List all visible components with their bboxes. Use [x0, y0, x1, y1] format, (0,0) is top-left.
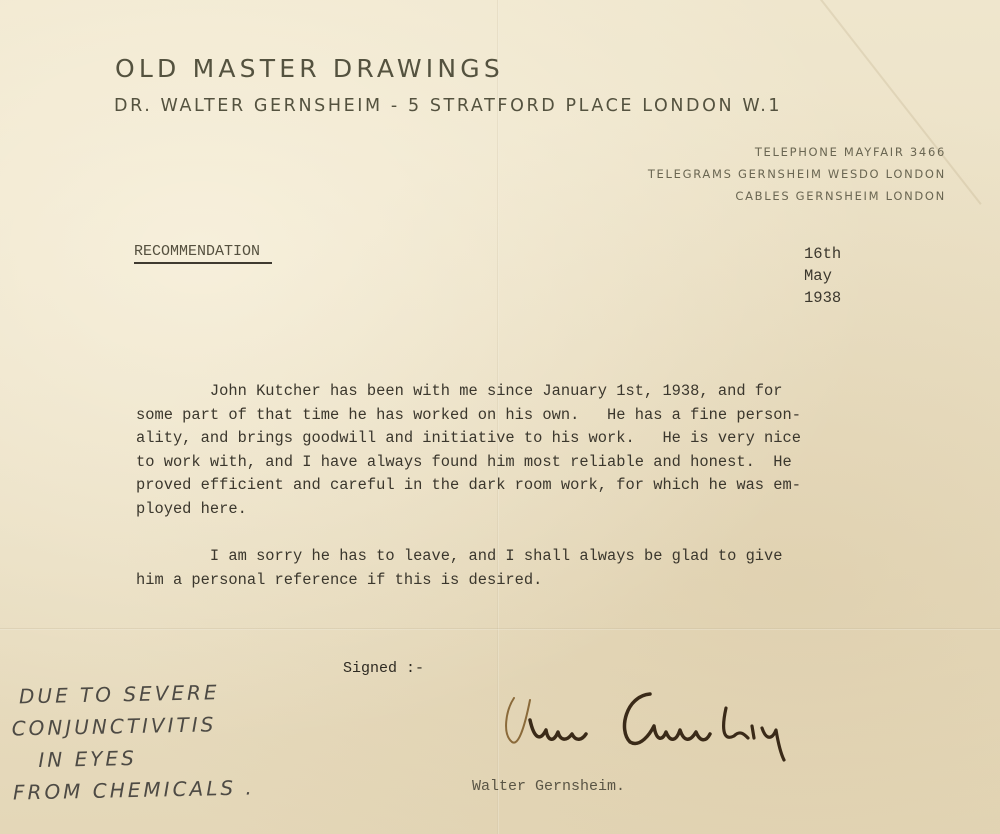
handwritten-note: DUE TO SEVERE CONJUNCTIVITIS IN EYES FRO… — [11, 675, 255, 808]
note-line: CONJUNCTIVITIS — [11, 707, 253, 744]
horizontal-fold — [0, 628, 1000, 630]
signatory-name: Walter Gernsheim. — [472, 778, 625, 795]
letter-date: 16th May 1938 — [804, 243, 841, 309]
handwritten-signature — [500, 690, 820, 775]
signed-label: Signed :- — [343, 660, 424, 677]
letterhead-contacts: TELEPHONE MAYFAIR 3466 TELEGRAMS GERNSHE… — [648, 141, 946, 207]
body-line: to work with, and I have always found hi… — [136, 451, 936, 475]
date-day: 16th — [804, 243, 841, 265]
date-year: 1938 — [804, 287, 841, 309]
body-line: proved efficient and careful in the dark… — [136, 474, 936, 498]
note-line: DUE TO SEVERE — [11, 675, 253, 712]
note-line: FROM CHEMICALS . — [13, 771, 255, 808]
body-line: I am sorry he has to leave, and I shall … — [136, 545, 936, 569]
signature-icon — [500, 690, 820, 770]
contact-cables: CABLES GERNSHEIM LONDON — [648, 185, 946, 207]
letterhead-address: DR. WALTER GERNSHEIM - 5 STRATFORD PLACE… — [114, 96, 782, 116]
contact-telephone: TELEPHONE MAYFAIR 3466 — [648, 141, 946, 163]
contact-telegrams: TELEGRAMS GERNSHEIM WESDO LONDON — [648, 163, 946, 185]
letter-body: John Kutcher has been with me since Janu… — [136, 380, 936, 592]
body-line: John Kutcher has been with me since Janu… — [136, 380, 936, 404]
body-line: ality, and brings goodwill and initiativ… — [136, 427, 936, 451]
letterhead-title: OLD MASTER DRAWINGS — [115, 54, 504, 83]
letter-subject: RECOMMENDATION — [134, 243, 272, 264]
date-month: May — [804, 265, 841, 287]
body-line: ployed here. — [136, 498, 936, 522]
body-line: some part of that time he has worked on … — [136, 404, 936, 428]
paragraph-1: John Kutcher has been with me since Janu… — [136, 380, 936, 522]
body-line: him a personal reference if this is desi… — [136, 569, 936, 593]
letter-page: OLD MASTER DRAWINGS DR. WALTER GERNSHEIM… — [0, 0, 1000, 834]
note-line: IN EYES — [12, 739, 254, 776]
paragraph-2: I am sorry he has to leave, and I shall … — [136, 545, 936, 592]
